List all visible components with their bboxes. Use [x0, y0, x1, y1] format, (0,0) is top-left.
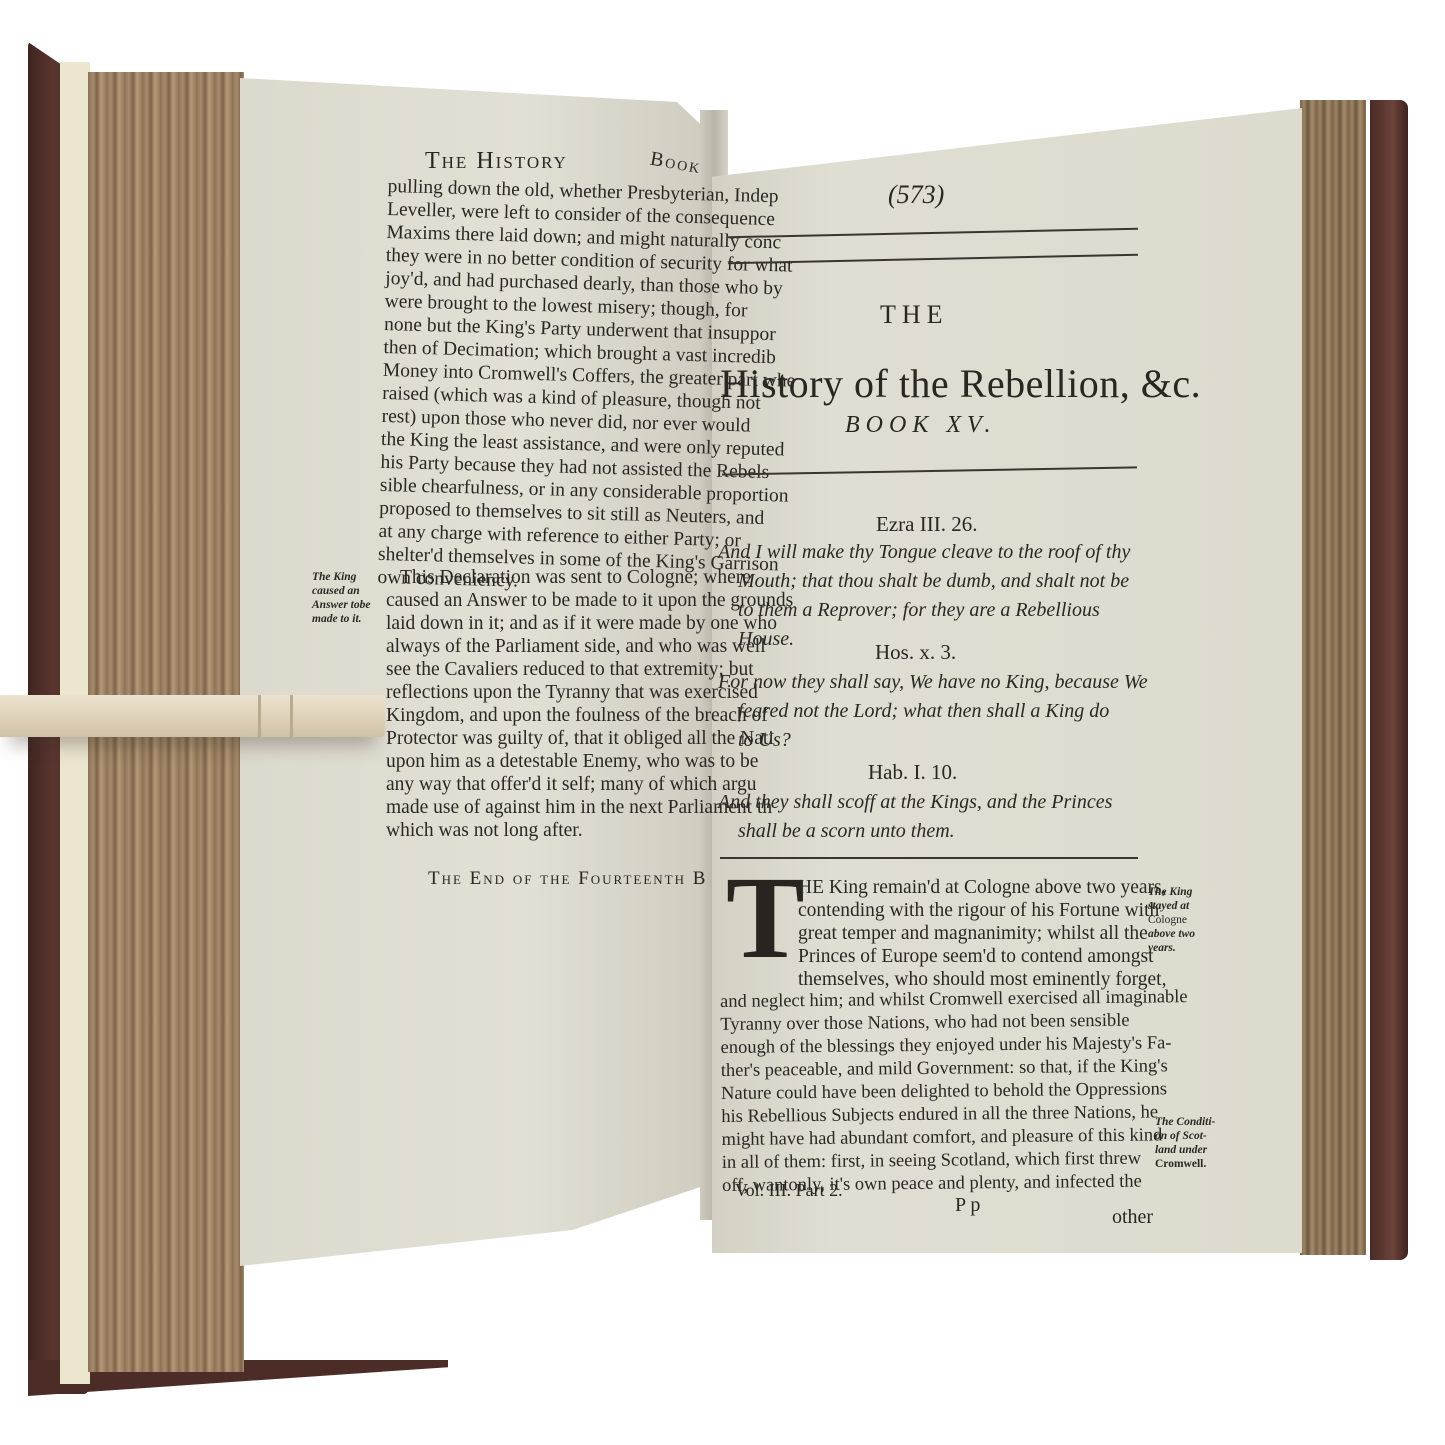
- body-text: and neglect him; and whilst Cromwell exe…: [720, 986, 1190, 1198]
- margin-note-line: stayed at: [1148, 899, 1195, 913]
- text-line: contending with the rigour of his Fortun…: [798, 899, 1167, 922]
- margin-note-line: land under: [1155, 1143, 1215, 1157]
- epigraph-line: to them a Reprover; for they are a Rebel…: [718, 596, 1130, 625]
- epigraph-line: Mouth; that thou shalt be dumb, and shal…: [718, 567, 1130, 596]
- margin-note-line: on of Scot-: [1155, 1129, 1215, 1143]
- epigraph-ref: Hos. x. 3.: [875, 640, 956, 665]
- epigraph-ref: Hab. I. 10.: [868, 760, 957, 785]
- end-of-book-note: The End of the Fourteenth B: [428, 868, 707, 890]
- epigraph-line: feared not the Lord; what then shall a K…: [718, 697, 1148, 726]
- margin-note-line: years.: [1148, 941, 1195, 955]
- epigraph-line: For now they shall say, We have no King,…: [718, 668, 1148, 697]
- text-line: HE King remain'd at Cologne above two ye…: [798, 876, 1167, 899]
- epigraph-ref: Ezra III. 26.: [876, 512, 977, 537]
- text-line: great temper and magnanimity; whilst all…: [798, 922, 1167, 945]
- margin-note-line: The King: [1148, 885, 1195, 899]
- left-margin-note: The King caused an Answer tobe made to i…: [312, 570, 370, 626]
- catchword: other: [1112, 1206, 1153, 1229]
- epigraph-line: And they shall scoff at the Kings, and t…: [718, 788, 1112, 817]
- epigraph-text: And I will make thy Tongue cleave to the…: [718, 538, 1130, 654]
- margin-note-line: caused an: [312, 584, 370, 598]
- right-margin-note-1: The King stayed at Cologne above two yea…: [1148, 885, 1195, 955]
- page-number: (573): [888, 180, 944, 210]
- margin-note-line: Cromwell.: [1155, 1157, 1215, 1171]
- pointer-ring: [290, 695, 293, 737]
- printer-signature: P p: [955, 1194, 980, 1217]
- drop-cap: T: [726, 868, 805, 968]
- margin-note-line: above two: [1148, 927, 1195, 941]
- margin-note-line: Answer tobe: [312, 598, 370, 612]
- margin-note-line: made to it.: [312, 612, 370, 626]
- body-text-indented: HE King remain'd at Cologne above two ye…: [798, 876, 1167, 991]
- right-page-block-edge: [1300, 100, 1366, 1255]
- wooden-pointer-stick: [0, 695, 385, 737]
- epigraph-line: shall be a scorn unto them.: [718, 817, 1112, 846]
- text-line: Princes of Europe seem'd to contend amon…: [798, 945, 1167, 968]
- margin-note-line: Cologne: [1148, 913, 1195, 927]
- epigraph-text: And they shall scoff at the Kings, and t…: [718, 788, 1112, 846]
- book-title: History of the Rebellion, &c.: [720, 360, 1201, 407]
- margin-note-line: The King: [312, 570, 370, 584]
- margin-note-line: The Conditi-: [1155, 1115, 1215, 1129]
- epigraph-text: For now they shall say, We have no King,…: [718, 668, 1148, 755]
- left-running-head: The History: [425, 148, 568, 175]
- volume-footer: Vol. III. Part 2.: [735, 1180, 843, 1201]
- right-margin-note-2: The Conditi- on of Scot- land under Crom…: [1155, 1115, 1215, 1171]
- title-the: THE: [880, 300, 949, 330]
- right-cover-leather: [1370, 100, 1408, 1260]
- epigraph-line: And I will make thy Tongue cleave to the…: [718, 538, 1130, 567]
- epigraph-line: to Us?: [718, 726, 1148, 755]
- pointer-ring: [258, 695, 261, 737]
- book-number: BOOK XV.: [845, 412, 997, 439]
